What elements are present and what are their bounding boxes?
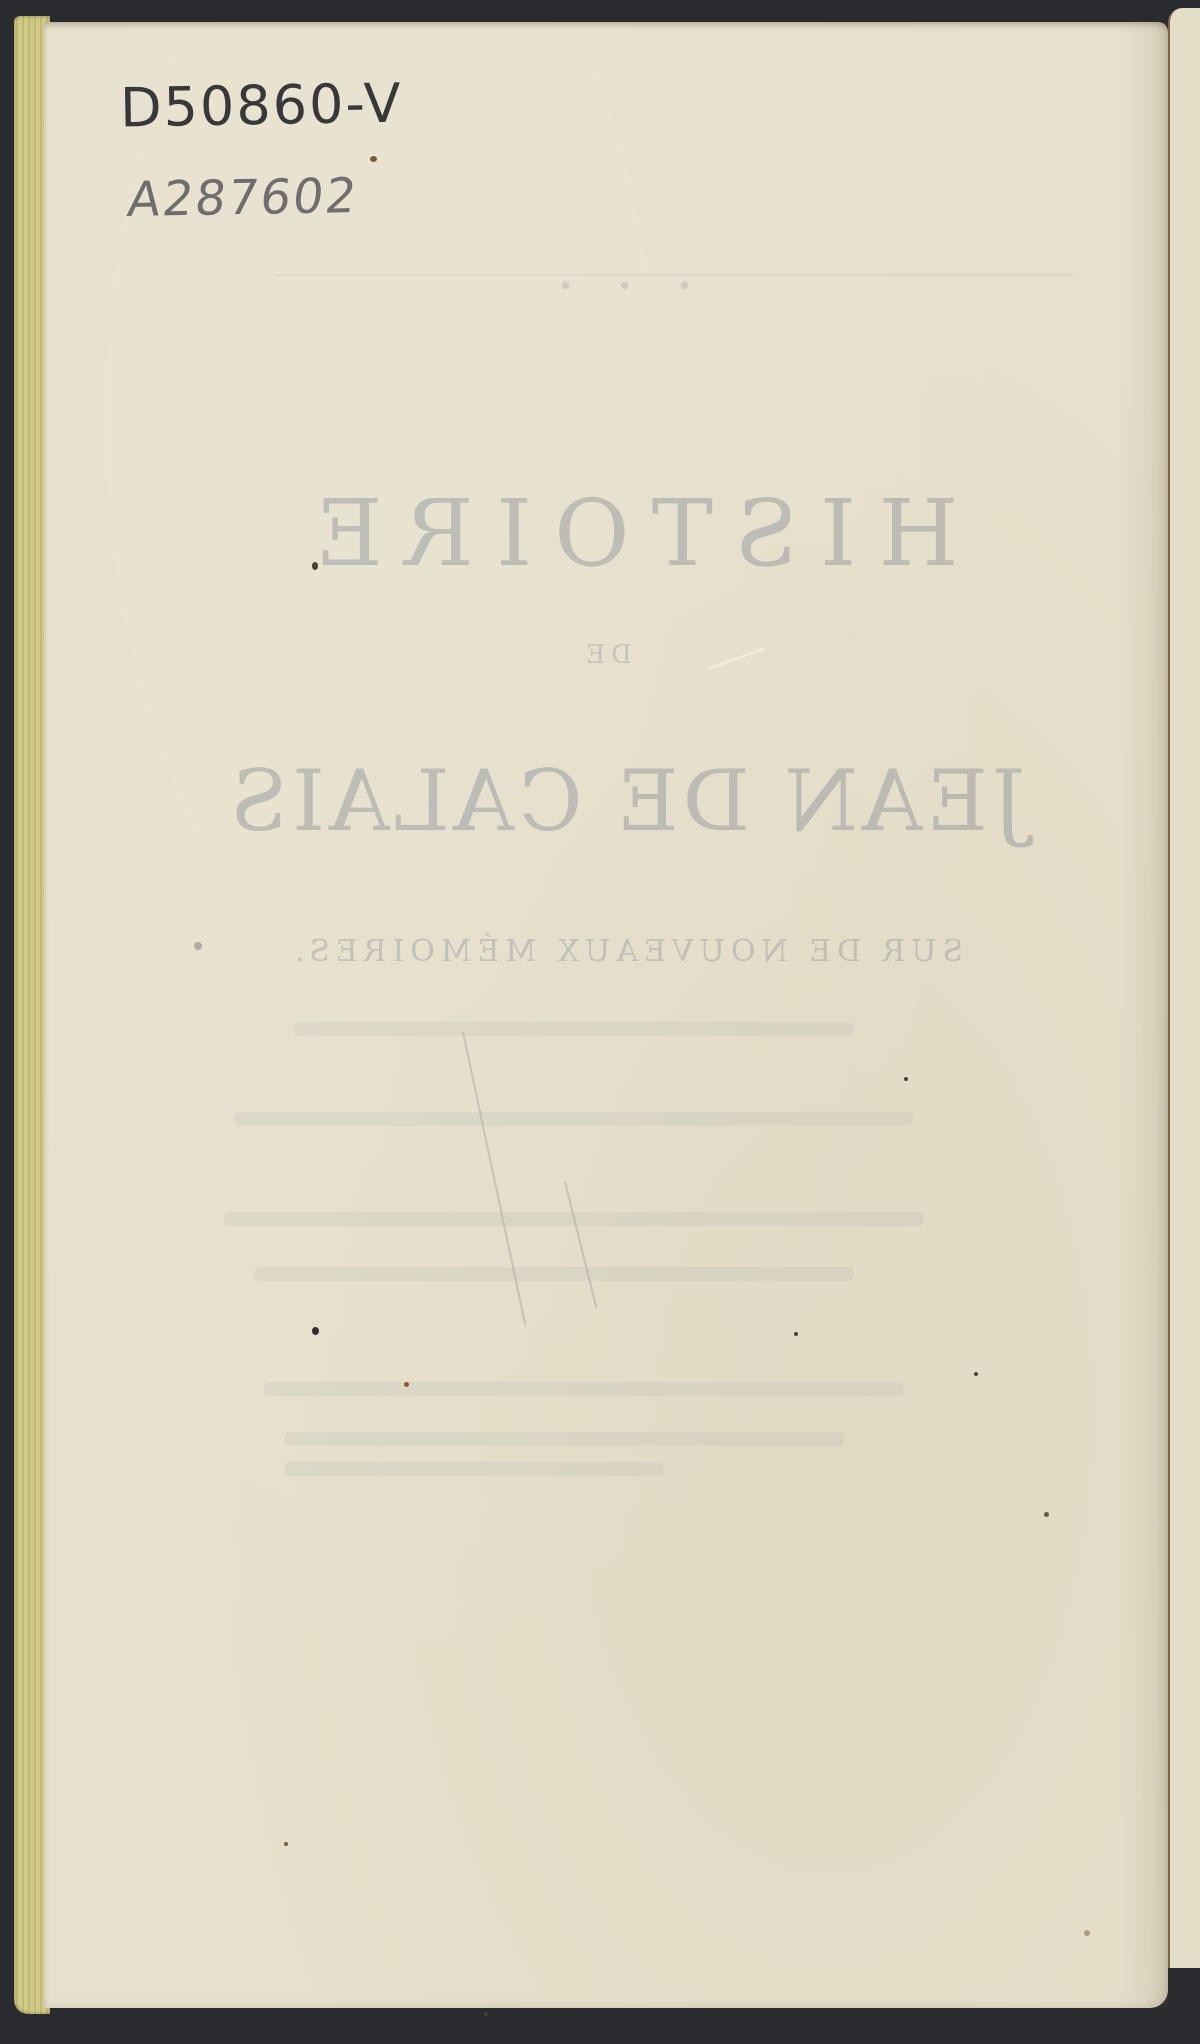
show-through-connector: DE (44, 640, 1168, 670)
paper-speck (974, 1372, 978, 1376)
paper-speck (1084, 1930, 1090, 1936)
show-through-line (264, 1382, 904, 1396)
paper-speck (1044, 1512, 1049, 1517)
page-scan: D50860-V A287602 • • • HISTOIRE DE JEAN … (0, 0, 1200, 2044)
paper-speck (794, 1332, 798, 1336)
show-through-subtitle: SUR DE NOUVEAUX MÉMOIRES. (64, 934, 1188, 969)
scanner-background (0, 0, 1200, 20)
paper-crease (462, 1032, 526, 1326)
shelfmark-secondary: A287602 (125, 168, 362, 228)
paper-speck (312, 1327, 319, 1335)
show-through-title: HISTOIRE (64, 480, 1188, 587)
shelfmark-primary: D50860-V (119, 72, 403, 140)
adjacent-page-edge (1168, 8, 1200, 1968)
show-through-line (294, 1022, 854, 1036)
paper-speck (312, 562, 318, 570)
paper-speck (404, 1382, 409, 1387)
paper-speck (904, 1077, 908, 1081)
show-through-line (254, 1267, 854, 1281)
paper-speck (194, 942, 202, 950)
show-through-line (284, 1462, 664, 1476)
paper-crease (564, 1182, 597, 1309)
paper-speck (284, 1842, 288, 1846)
show-through-line (284, 1432, 844, 1446)
paper-page: D50860-V A287602 • • • HISTOIRE DE JEAN … (44, 22, 1168, 2008)
show-through-ornament: • • • (54, 272, 1178, 302)
paper-speck (370, 156, 377, 162)
show-through-name: JEAN DE CALAIS (64, 752, 1188, 850)
show-through-line (234, 1112, 914, 1126)
paper-speck (484, 2012, 488, 2016)
